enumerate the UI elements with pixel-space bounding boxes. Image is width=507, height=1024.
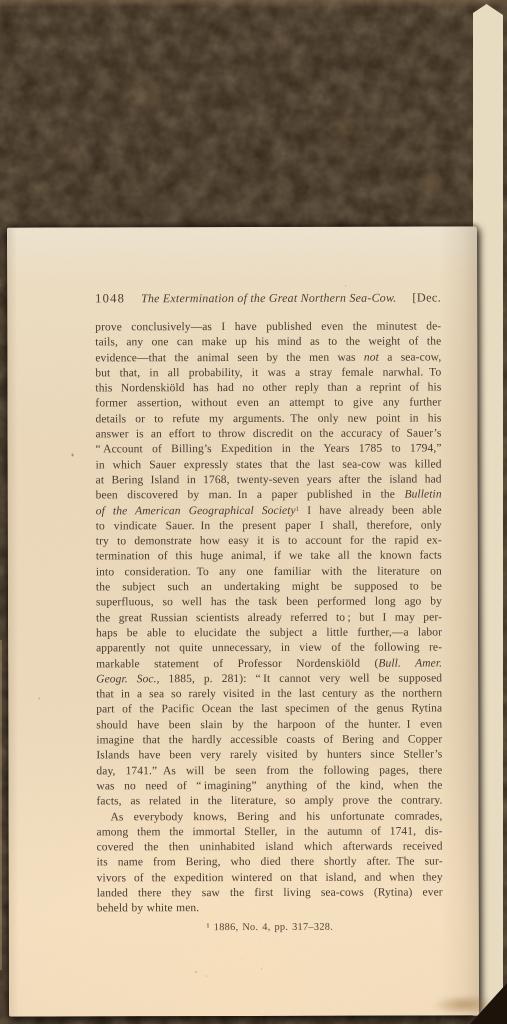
text-line: apparently not quite unnecessary, in vie… [96, 641, 442, 657]
scanned-journal-page: 1048 The Extermination of the Great Nort… [7, 226, 479, 1016]
text-line: part of the Pacific Ocean the last speci… [96, 702, 442, 718]
text-line: this Nordenskiöld has had no other reply… [95, 381, 441, 397]
text-line: superfluous, so well has the task been p… [96, 595, 442, 611]
text-line: former assertion, without even an attemp… [95, 396, 441, 412]
text-line: termination of this huge animal, if we t… [96, 549, 442, 565]
text-line: try to demonstrate how easy it is to acc… [96, 534, 442, 550]
dust-speck [38, 698, 40, 700]
text-line: that in a sea so rarely visited in the l… [96, 687, 442, 703]
dust-speck [206, 975, 207, 977]
text-line: facts, as related in the literature, so … [96, 794, 442, 810]
text-line: Islands have been very rarely visited by… [96, 748, 442, 764]
dust-speck [345, 285, 346, 287]
text-line: among them the immortal Steller, in the … [97, 824, 443, 840]
footnote: ¹ 1886, No. 4, pp. 317–328. [97, 921, 443, 933]
text-line: at Bering Island in 1768, twenty-seven y… [96, 472, 442, 488]
text-line: prove conclusively—as I have published e… [95, 319, 441, 335]
issue-date-label: [Dec. [412, 290, 441, 305]
text-line: the great Russian scientists already ref… [96, 610, 442, 626]
dust-speck [241, 957, 242, 958]
under-page-edge-sliver [0, 640, 2, 970]
text-line: been discovered by man. In a paper publi… [96, 488, 442, 504]
text-line: covered the then uninhabited island whic… [97, 840, 443, 856]
cover-wear-spot [54, 144, 72, 158]
text-line: Geogr. Soc., 1885, p. 281): “ It cannot … [96, 671, 442, 687]
text-line: but that, in all probability, it was a s… [95, 365, 441, 381]
text-line: its name from Bering, who died there sho… [97, 855, 443, 871]
text-line: vivors of the expedition wintered on tha… [97, 870, 443, 886]
text-line: haps be able to elucidate the subject a … [96, 625, 442, 641]
text-block: prove conclusively—as I have published e… [95, 319, 443, 932]
photographed-book-scene: 1048 The Extermination of the Great Nort… [0, 0, 507, 1024]
text-line: day, 1741.” As will be seen from the fol… [96, 763, 442, 779]
text-line: of the American Geographical Society1 I … [96, 503, 442, 519]
dust-speck [100, 767, 101, 768]
text-line: into consideration. To any one familiar … [96, 564, 442, 580]
text-line: to vindicate Sauer. In the present paper… [96, 518, 442, 534]
text-line: “ Account of Billing’s Expedition in the… [96, 442, 442, 458]
cover-wear-spot [128, 78, 158, 100]
text-line: imagine that the hardly accessible coast… [96, 732, 442, 748]
cover-top-highlight [0, 0, 507, 7]
text-line: was no need of “ imagining” anything of … [96, 778, 442, 794]
text-line: As everybody knows, Bering and his unfor… [96, 809, 442, 825]
dust-speck [261, 968, 262, 970]
dust-speck [72, 453, 74, 456]
dust-speck [195, 971, 197, 973]
text-line: markable statement of Professor Nordensk… [96, 656, 442, 672]
text-line: tails, any one can make up his mind as t… [95, 335, 441, 351]
text-line: in which Sauer expressly states that the… [96, 457, 442, 473]
text-line: the subject such an undertaking might be… [96, 580, 442, 596]
text-line: landed there they saw the first living s… [97, 885, 443, 901]
running-header: 1048 The Extermination of the Great Nort… [95, 290, 441, 306]
text-line: should have been slain by the harpoon of… [96, 717, 442, 733]
cover-wear-spot [336, 122, 360, 140]
text-line: beheld by white men. [97, 901, 443, 917]
running-title: The Extermination of the Great Northern … [125, 291, 412, 307]
page-number: 1048 [95, 291, 125, 306]
cover-wear-spot [422, 176, 442, 192]
text-line: evidence—that the animal seen by the men… [95, 350, 441, 366]
text-line: details or to refute my arguments. The o… [95, 411, 441, 427]
text-line: answer is an effort to throw discredit o… [95, 427, 441, 443]
